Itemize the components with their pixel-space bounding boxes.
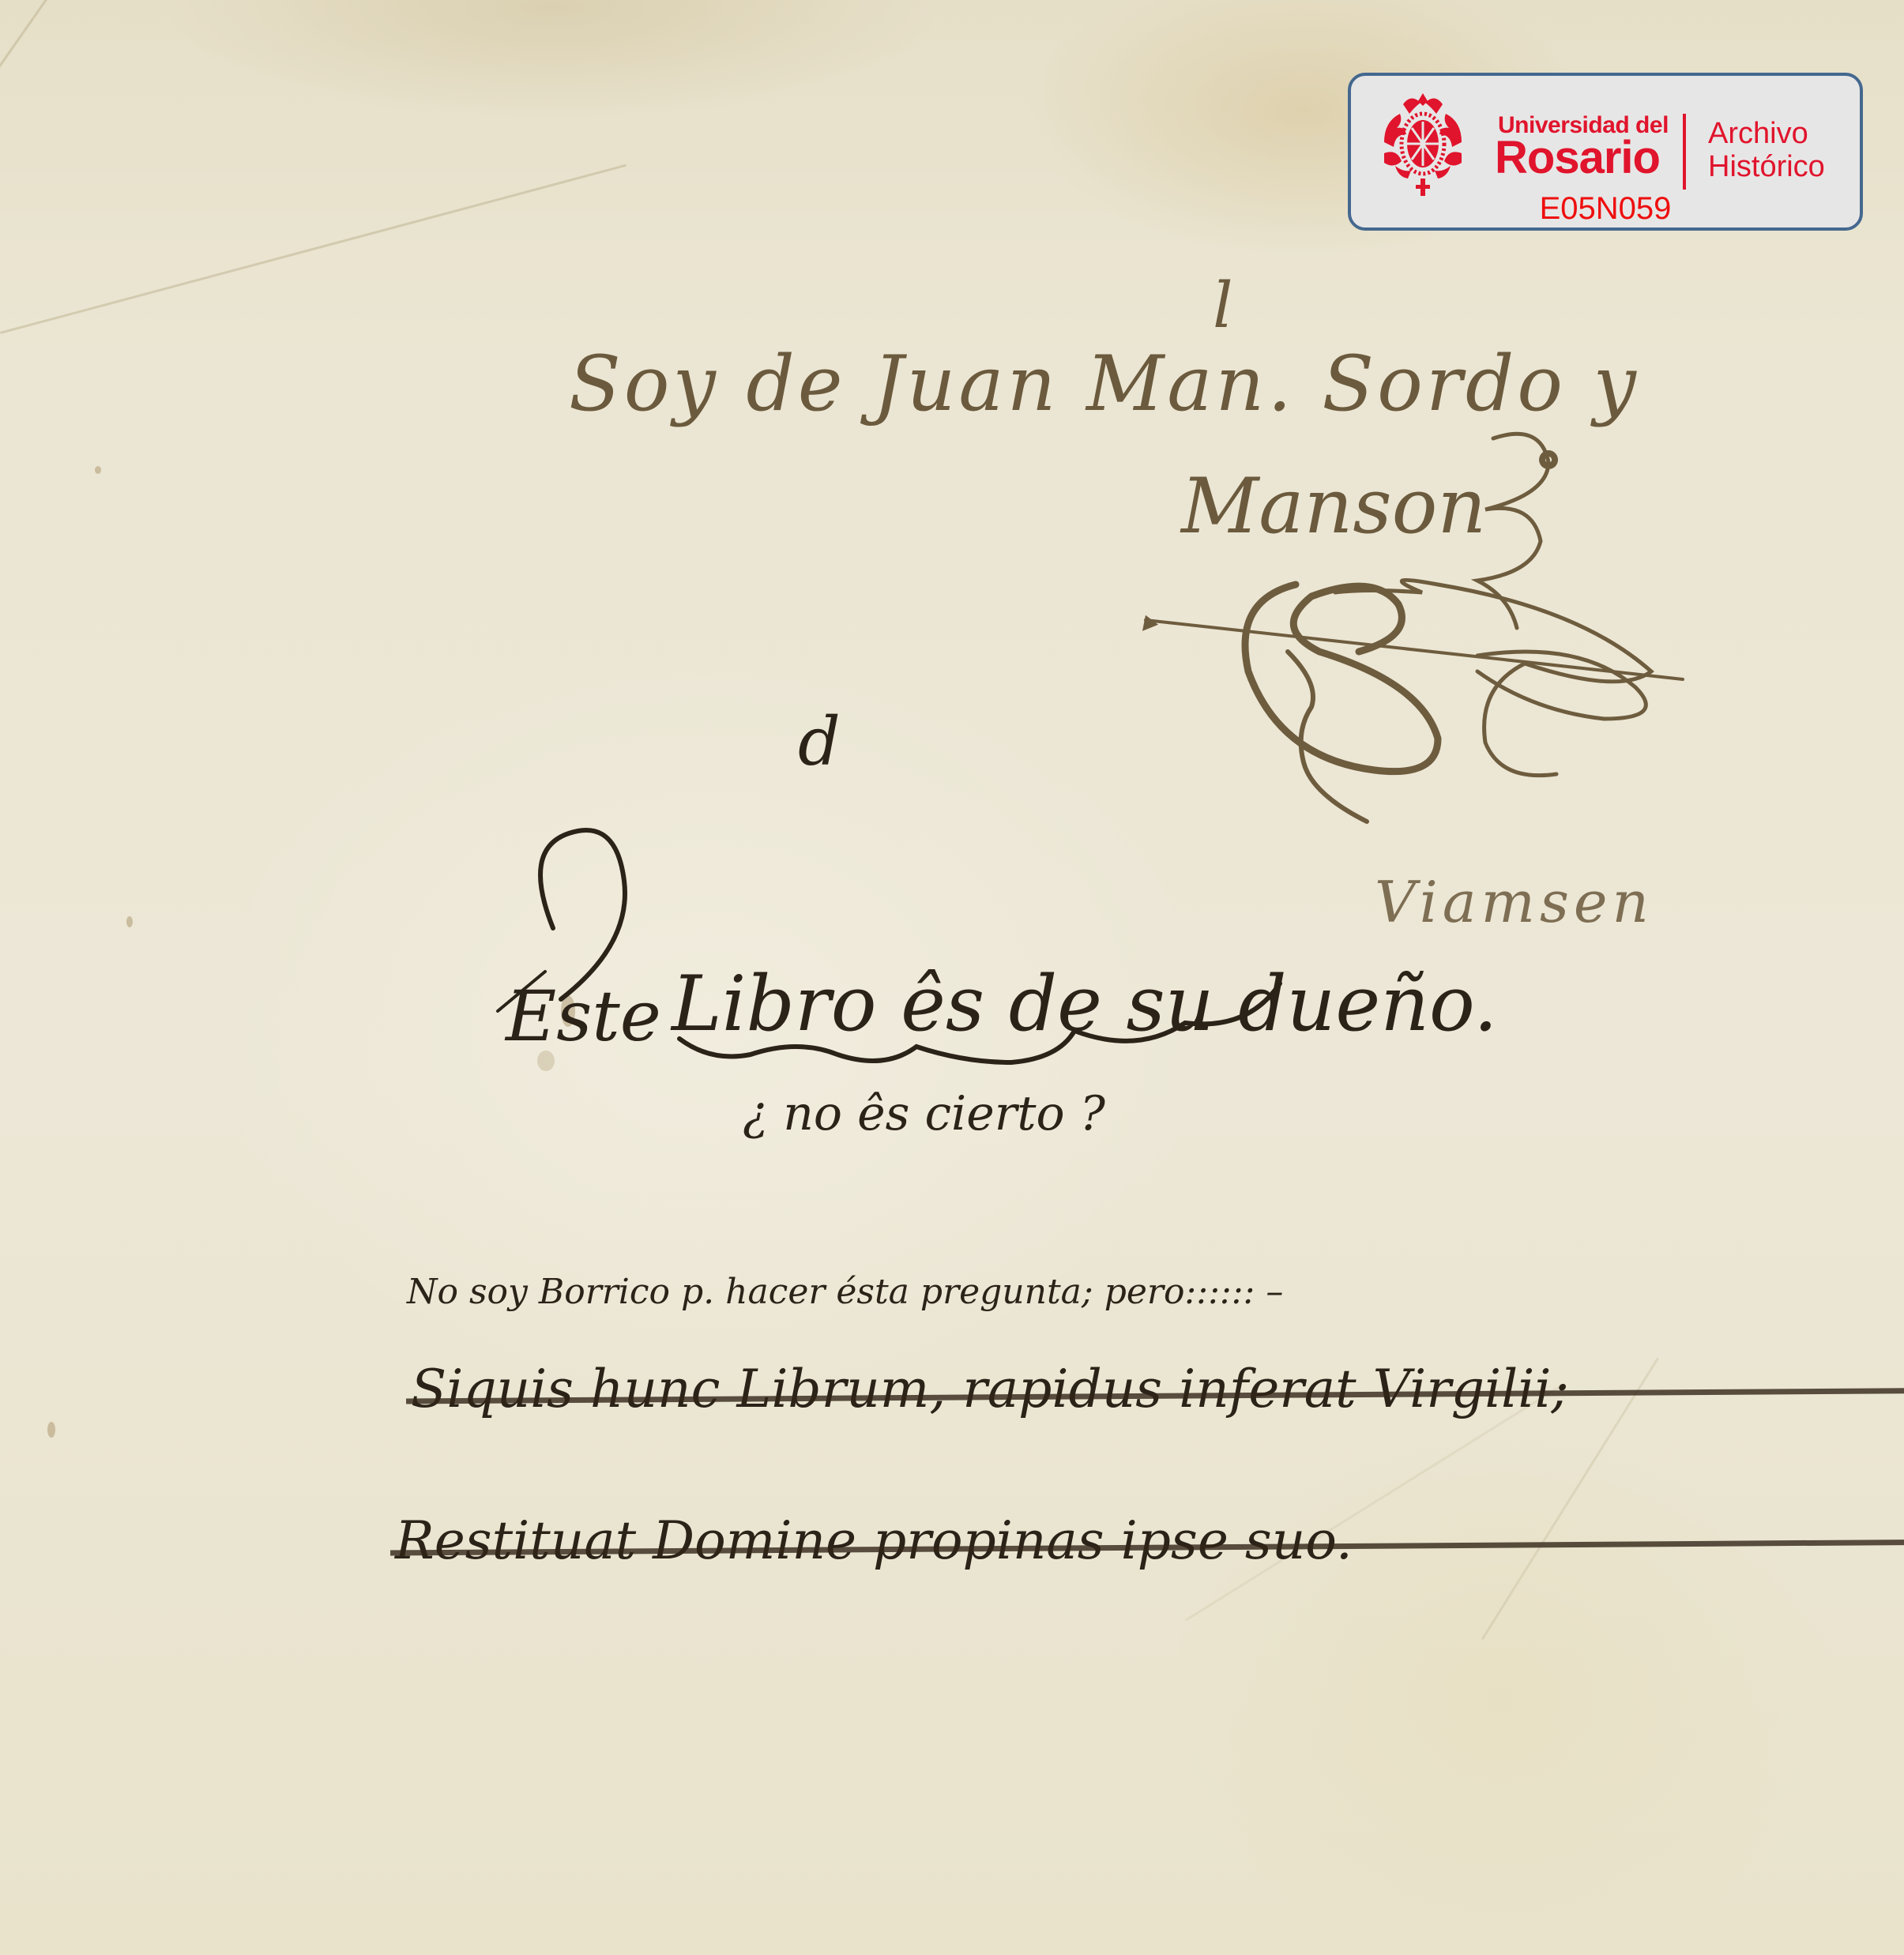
- note-line: No soy Borrico p. hacer ésta pregunta; p…: [407, 1272, 1283, 1312]
- question-line: ¿ no ês cierto ?: [743, 1086, 1105, 1141]
- book-ownership-title: Libro ês de su dueño.: [672, 960, 1498, 1048]
- struck-out-line-1: Siquis hunc Librum, rapidus inferat Virg…: [411, 1359, 1904, 1419]
- title-prefix: Este: [506, 976, 661, 1057]
- struck-out-line-2: Restituat Domine propinas ipse suo.: [395, 1510, 1904, 1571]
